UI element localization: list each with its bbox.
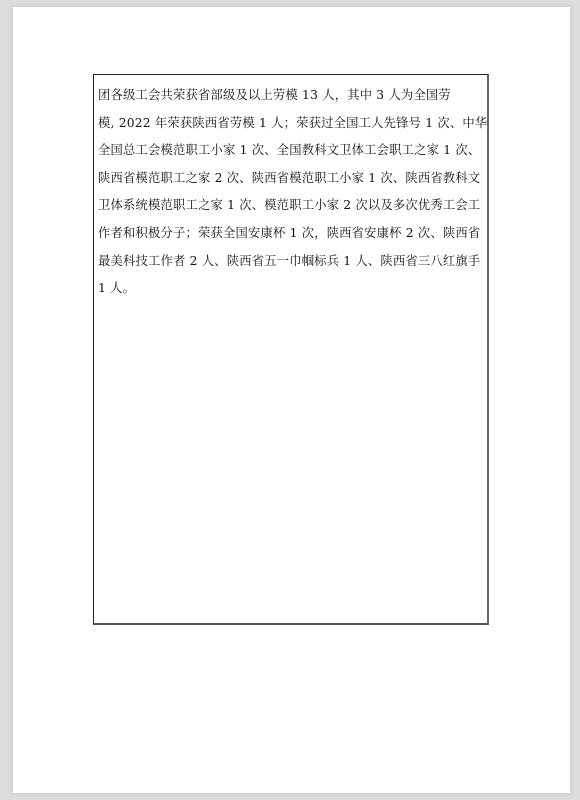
document-page: 团各级工会共荣获省部级及以上劳模 13 人，其中 3 人为全国劳 模, 2022… — [13, 7, 570, 793]
text-line: 最美科技工作者 2 人、陕西省五一巾帼标兵 1 人、陕西省三八红旗手 — [98, 248, 486, 276]
text-line: 作者和积极分子；荣获全国安康杯 1 次，陕西省安康杯 2 次、陕西省 — [98, 220, 486, 248]
paragraph: 团各级工会共荣获省部级及以上劳模 13 人，其中 3 人为全国劳 模, 2022… — [98, 82, 486, 303]
text-line: 团各级工会共荣获省部级及以上劳模 13 人，其中 3 人为全国劳 — [98, 82, 486, 110]
text-line: 陕西省模范职工之家 2 次、陕西省模范职工小家 1 次、陕西省教科文 — [98, 165, 486, 193]
text-line: 模, 2022 年荣获陕西省劳模 1 人；荣获过全国工人先锋号 1 次、中华 — [98, 110, 486, 138]
text-line: 1 人。 — [98, 275, 486, 303]
text-line: 全国总工会模范职工小家 1 次、全国教科文卫体工会职工之家 1 次、 — [98, 137, 486, 165]
table-cell-box: 团各级工会共荣获省部级及以上劳模 13 人，其中 3 人为全国劳 模, 2022… — [93, 74, 489, 625]
text-line: 卫体系统模范职工之家 1 次、模范职工小家 2 次以及多次优秀工会工 — [98, 192, 486, 220]
